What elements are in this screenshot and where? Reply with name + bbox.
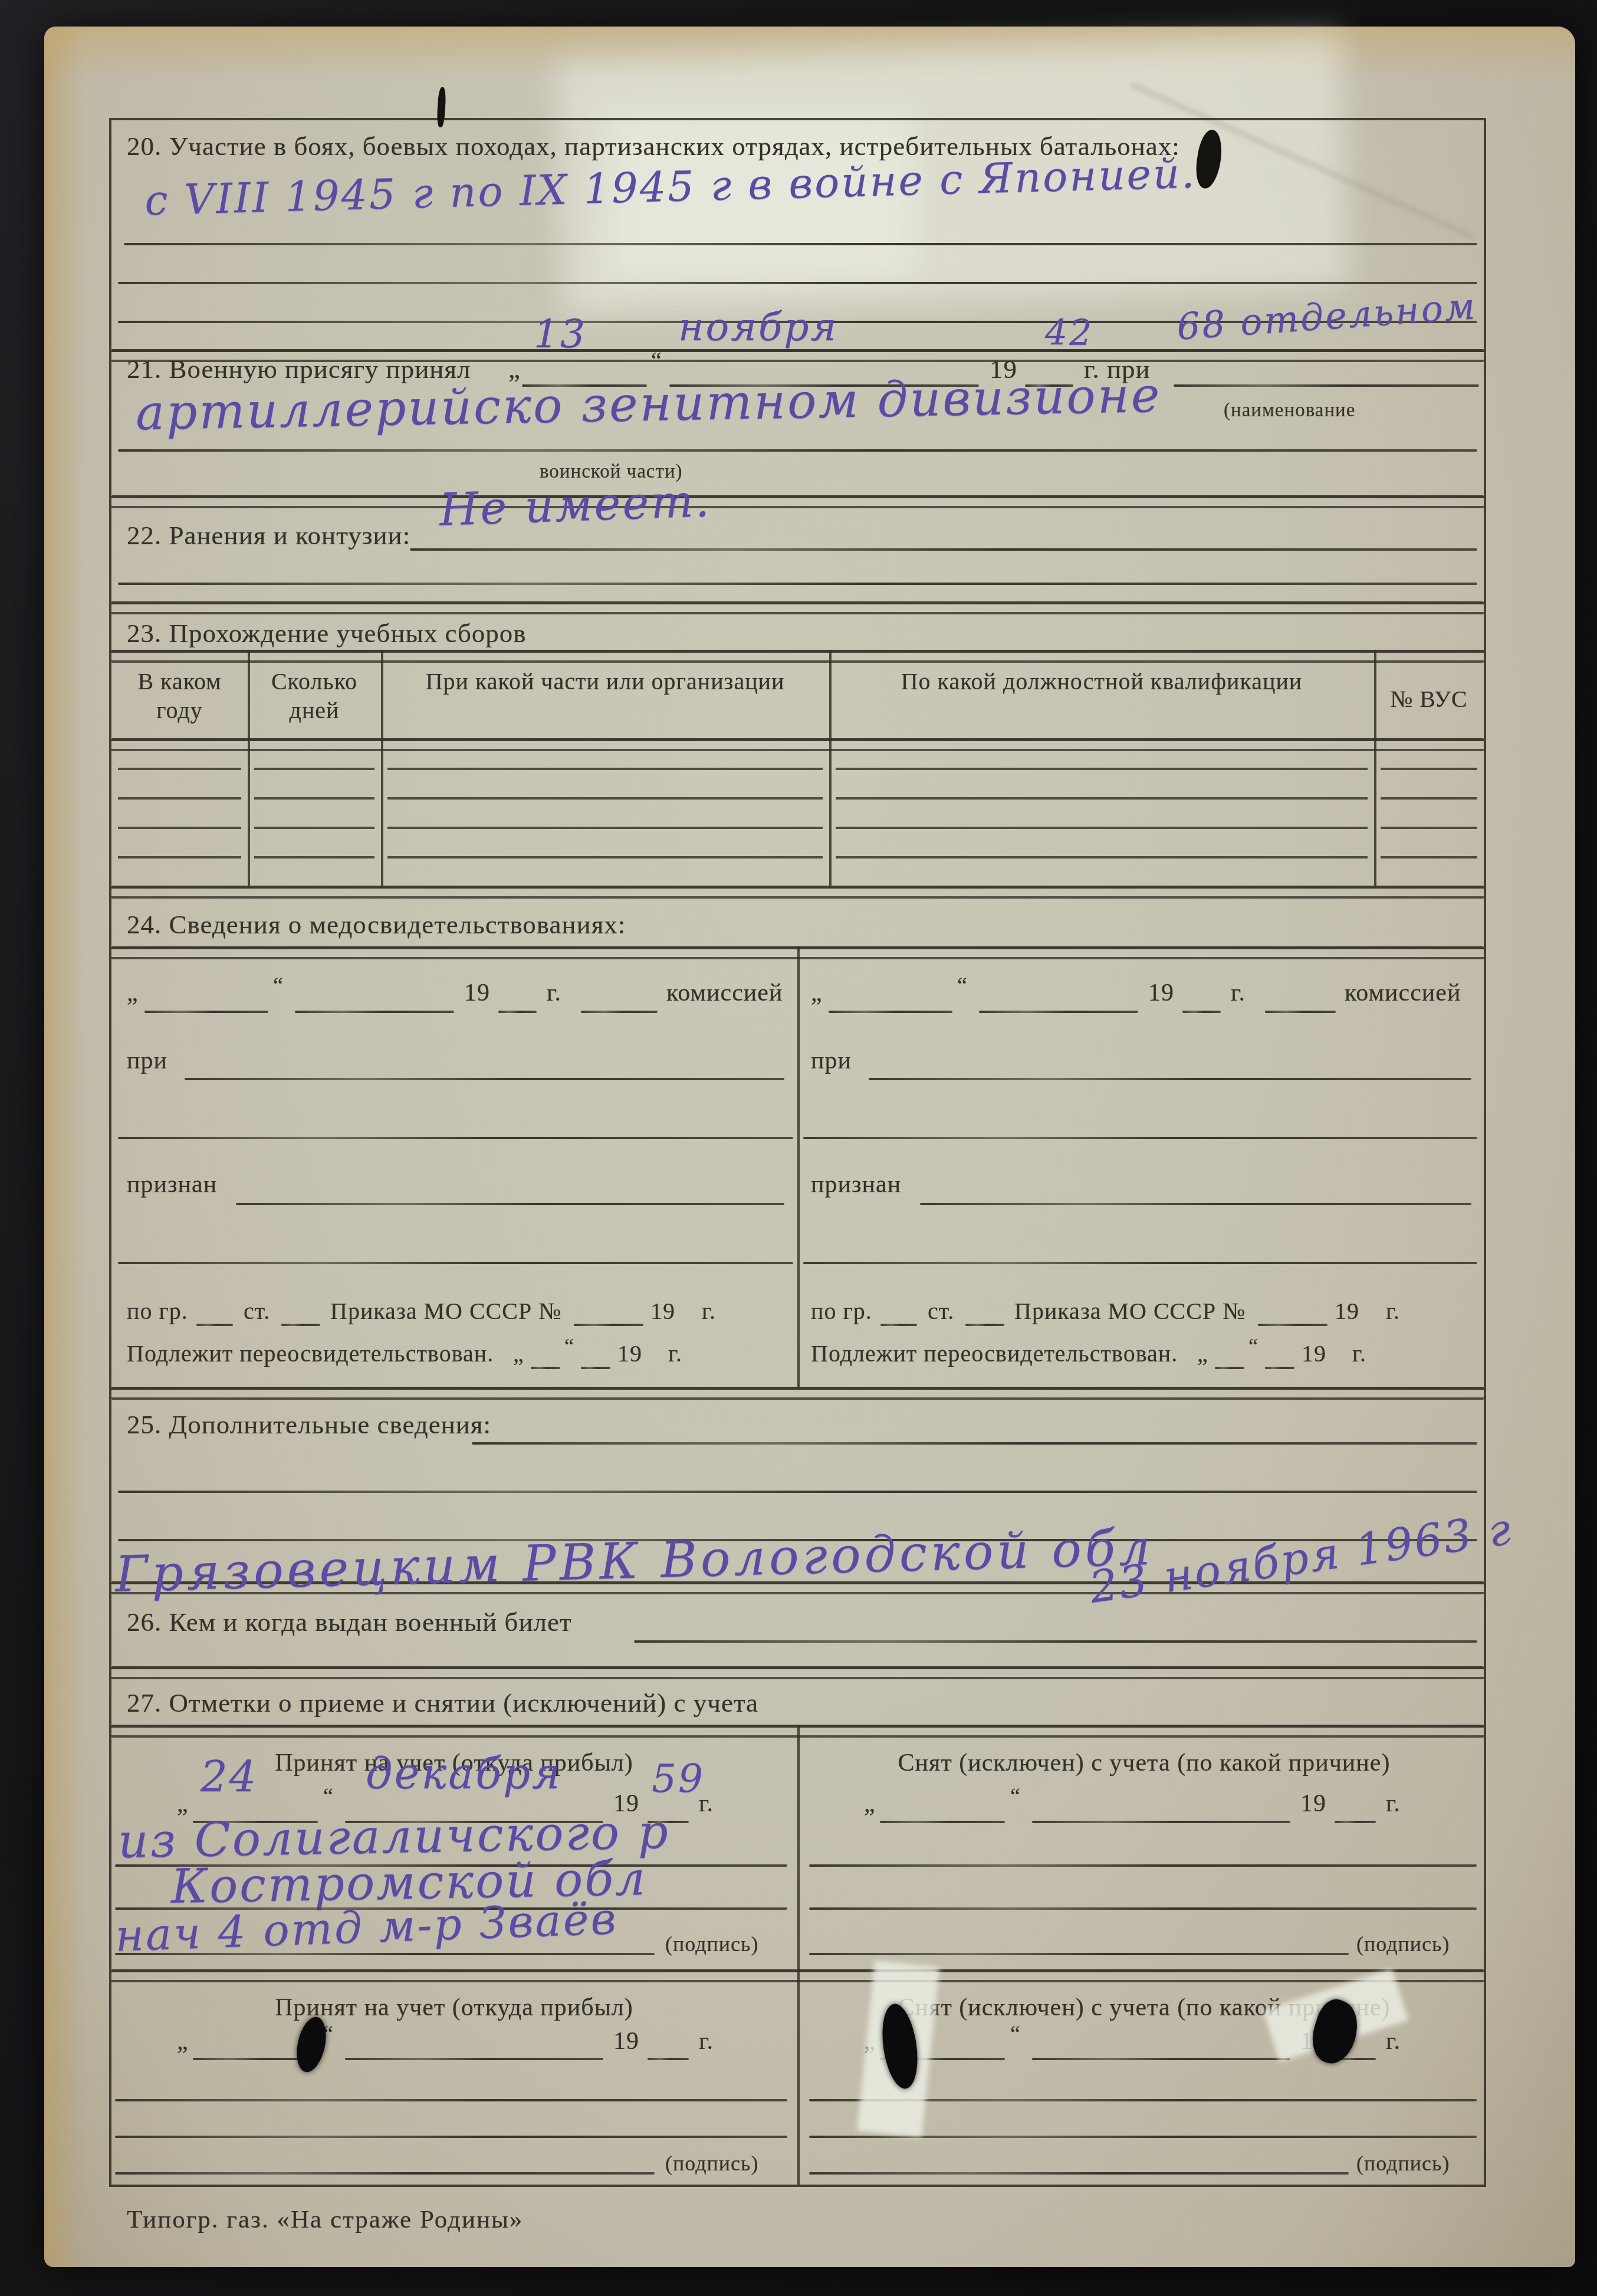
wounds-entry-handwritten: Не имеет. — [439, 474, 712, 536]
g-label: г. — [699, 2027, 714, 2055]
separator-line — [111, 1666, 1484, 1679]
blank-underline — [869, 1078, 1471, 1080]
col-header-accepted: Принят на учет (откуда прибыл) — [147, 1993, 761, 2023]
signature-underline — [809, 2172, 1349, 2175]
blank-underline — [498, 1011, 537, 1013]
scanned-military-id-page: 20. Участие в боях, боевых походах, парт… — [0, 0, 1597, 2296]
med-quote-close: “ — [273, 973, 284, 999]
ruled-line — [803, 1262, 1477, 1264]
med-po-gr: по гр. — [127, 1297, 188, 1325]
quote-close: “ — [1010, 2021, 1021, 2047]
med-commission: комиссией — [1345, 979, 1461, 1007]
blank-underline — [920, 1203, 1471, 1205]
podpis-caption: (подпись) — [665, 2151, 758, 2176]
col-header-vus: № ВУС — [1375, 685, 1483, 714]
section-24-column-divider — [797, 946, 800, 1387]
table-column-divider — [248, 650, 250, 886]
quote-close: “ — [1248, 1334, 1258, 1358]
quote-close: “ — [1010, 1784, 1021, 1810]
section-26-label: 26. Кем и когда выдан военный билет — [127, 1607, 572, 1637]
table-row-line — [118, 768, 1477, 770]
med-podlezhit: Подлежит переосвидетельствован. — [127, 1340, 494, 1367]
table-column-divider — [829, 650, 832, 886]
blank-underline — [144, 1011, 268, 1013]
col-header-unit: При какой части или организации — [383, 667, 827, 696]
print-house-note: Типогр. газ. «На страже Родины» — [127, 2205, 523, 2234]
blank-underline — [1182, 1011, 1221, 1013]
ruled-line — [124, 243, 1477, 245]
podpis-caption: (подпись) — [665, 1932, 758, 1956]
quote-open: „ — [864, 1790, 876, 1818]
blank-underline — [1174, 384, 1479, 387]
podpis-caption: (подпись) — [1356, 1932, 1450, 1956]
med-prikaz: Приказа МО СССР № — [1014, 1297, 1246, 1325]
quote-close: “ — [564, 1334, 574, 1358]
section-27-label: 27. Отметки о приеме и снятии (исключени… — [127, 1688, 758, 1718]
med-year: 19 — [1148, 979, 1174, 1007]
col-header-year: В каком году — [113, 667, 246, 725]
ruled-line — [803, 1137, 1477, 1139]
med-priznan: признан — [127, 1170, 217, 1199]
blank-underline — [880, 1821, 1005, 1823]
med-g: г. — [1231, 979, 1246, 1007]
med-quote-close: “ — [957, 973, 968, 999]
med-year: 19 — [464, 979, 490, 1007]
med-commission: комиссией — [666, 979, 783, 1007]
section-23-label: 23. Прохождение учебных сборов — [127, 618, 527, 649]
year-prefix: 19 — [613, 2027, 639, 2055]
caption-naimenovanie: (наименование — [1224, 400, 1355, 422]
signature-underline — [115, 2172, 655, 2175]
col-header-removed: Снят (исключен) с учета (по какой причин… — [823, 1748, 1465, 1778]
med-podlezhit: Подлежит переосвидетельствован. — [811, 1340, 1178, 1367]
g-label: г. — [1386, 1790, 1401, 1818]
section-25-label: 25. Дополнительные сведения: — [127, 1409, 491, 1440]
section-24-label: 24. Сведения о медосвидетельствованиях: — [127, 909, 626, 940]
med-quote-open: „ — [127, 979, 139, 1007]
blank-underline — [648, 2058, 689, 2060]
ruled-line — [118, 282, 1477, 284]
blank-underline — [1258, 1324, 1327, 1326]
med-g3: г. — [668, 1340, 682, 1367]
blank-underline — [829, 1011, 952, 1013]
table-top-border — [111, 650, 1484, 663]
med-year3: 19 — [1302, 1340, 1326, 1367]
med-po-gr: по гр. — [811, 1297, 872, 1325]
quote-open: „ — [1197, 1340, 1208, 1367]
table-row-line — [118, 797, 1477, 800]
blank-underline — [965, 1324, 1004, 1326]
separator-line — [111, 495, 1484, 508]
oath-day-handwritten: 13 — [534, 311, 587, 357]
med-st: ст. — [928, 1297, 954, 1325]
table-row-line — [118, 856, 1477, 858]
blank-underline — [345, 2058, 603, 2060]
quote-close: “ — [323, 1784, 334, 1810]
blank-underline — [1335, 1821, 1376, 1823]
blank-underline — [472, 1442, 1477, 1445]
med-pri: при — [811, 1047, 852, 1075]
blank-underline — [1215, 1367, 1244, 1369]
oath-month-handwritten: ноября — [678, 304, 838, 350]
ruled-line — [118, 583, 1477, 585]
blank-underline — [1265, 1367, 1294, 1369]
blank-underline — [281, 1324, 320, 1326]
med-quote-open: „ — [811, 979, 823, 1007]
ruled-line — [118, 1137, 793, 1139]
table-bottom-border — [111, 886, 1484, 899]
g-label: г. — [1386, 2027, 1401, 2055]
blank-underline — [1032, 1821, 1290, 1823]
med-priznan: признан — [811, 1170, 901, 1199]
table-header-bottom-border — [111, 738, 1484, 751]
med-pri: при — [127, 1047, 167, 1075]
blank-underline — [236, 1203, 784, 1205]
section-22-label: 22. Ранения и контузии: — [127, 520, 410, 551]
med-g2: г. — [702, 1297, 716, 1325]
signature-underline — [809, 1953, 1349, 1955]
signature-underline — [115, 1953, 655, 1955]
med-year3: 19 — [617, 1340, 642, 1367]
podpis-caption: (подпись) — [1356, 2151, 1450, 2176]
table-column-divider — [1374, 650, 1376, 886]
table-row-line — [118, 827, 1477, 829]
section-24-bottom-border — [111, 1387, 1484, 1400]
blank-underline — [1032, 2058, 1290, 2060]
ruled-line — [118, 449, 1477, 452]
blank-underline — [531, 1367, 560, 1369]
med-year2: 19 — [1335, 1297, 1359, 1325]
med-g3: г. — [1352, 1340, 1366, 1367]
quote-close: “ — [651, 347, 662, 374]
accepted-day-handwritten: 24 — [201, 1752, 258, 1802]
ruled-line — [115, 2099, 787, 2101]
quote-open: „ — [513, 1340, 524, 1367]
med-g: г. — [547, 979, 561, 1007]
med-prikaz: Приказа МО СССР № — [330, 1297, 561, 1325]
blank-underline — [634, 1640, 1477, 1643]
blank-underline — [574, 1324, 643, 1326]
accepted-month-handwritten: декабря — [366, 1749, 562, 1798]
registration-table-divider — [797, 1725, 800, 2185]
table-column-divider — [381, 650, 383, 886]
blank-underline — [295, 1011, 454, 1013]
ruled-line — [809, 1864, 1477, 1867]
separator-line — [111, 601, 1484, 614]
blank-underline — [1265, 1011, 1336, 1013]
ruled-line — [118, 1262, 793, 1264]
blank-underline — [185, 1078, 784, 1080]
med-st: ст. — [244, 1297, 270, 1325]
g-label: г. — [699, 1790, 714, 1818]
oath-year-handwritten: 42 — [1045, 313, 1093, 354]
registration-row-divider — [111, 1969, 1484, 1982]
blank-underline — [196, 1324, 233, 1326]
ruled-line — [115, 2136, 787, 2138]
blank-underline — [880, 1324, 917, 1326]
quote-open: „ — [177, 2027, 189, 2055]
blank-underline — [410, 548, 1477, 551]
ruled-line — [118, 1491, 1477, 1493]
col-header-qualification: По какой должностной квалификации — [832, 667, 1372, 696]
paper-edge-shading-left — [44, 27, 86, 2267]
blank-underline — [581, 1011, 658, 1013]
blank-underline — [581, 1367, 610, 1369]
year-prefix: 19 — [1300, 1790, 1326, 1818]
med-g2: г. — [1386, 1297, 1400, 1325]
ruled-line — [809, 1907, 1477, 1910]
med-year2: 19 — [650, 1297, 675, 1325]
col-header-days: Сколько дней — [249, 667, 380, 725]
accepted-year-handwritten: 59 — [652, 1756, 705, 1801]
blank-underline — [979, 1011, 1138, 1013]
